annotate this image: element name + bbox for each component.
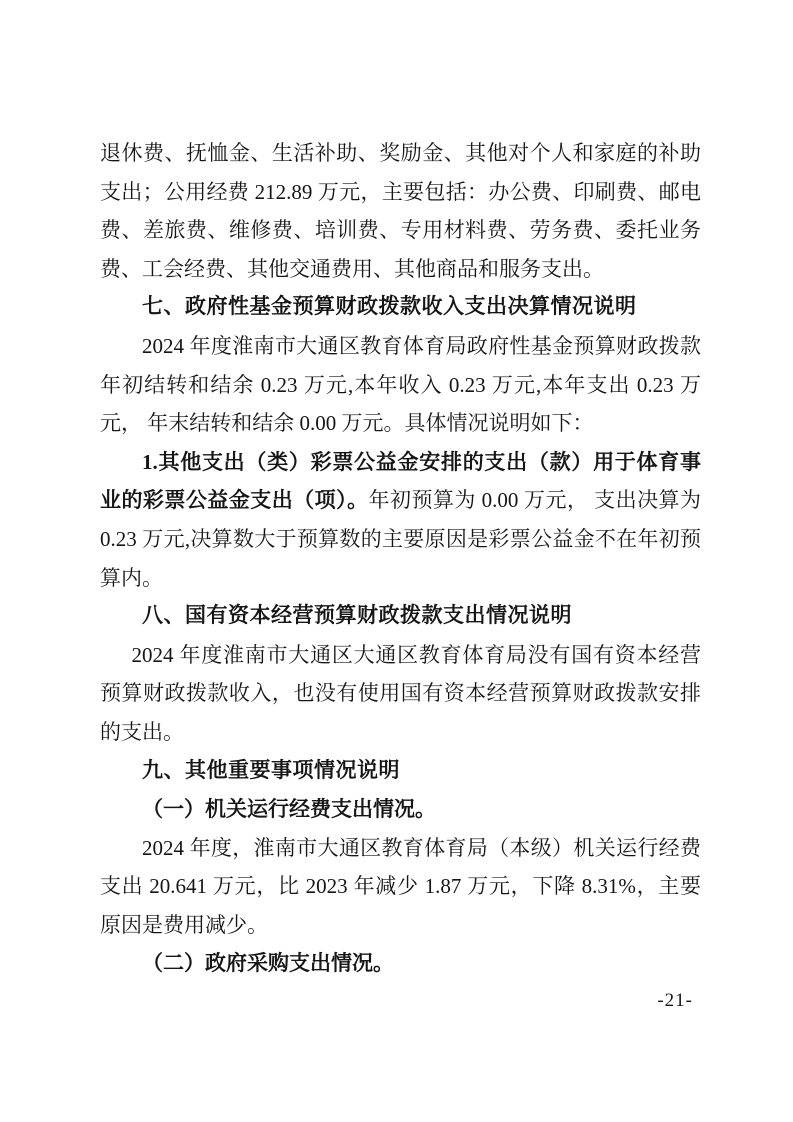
paragraph-lottery-public-welfare: 1.其他支出（类）彩票公益金安排的支出（款）用于体育事业的彩票公益金支出（项）。…: [100, 443, 701, 597]
subheading-9-2-government-procurement: （二）政府采购支出情况。: [100, 944, 701, 983]
page-number: -21-: [657, 990, 693, 1012]
subheading-9-1-agency-operating-expense: （一）机关运行经费支出情况。: [100, 790, 701, 829]
heading-section-8-state-capital-budget: 八、国有资本经营预算财政拨款支出情况说明: [100, 597, 701, 636]
document-page: 退休费、抚恤金、生活补助、奖励金、其他对个人和家庭的补助支出；公用经费 212.…: [0, 0, 793, 1122]
document-content: 退休费、抚恤金、生活补助、奖励金、其他对个人和家庭的补助支出；公用经费 212.…: [100, 134, 701, 983]
heading-section-7-gov-fund-budget: 七、政府性基金预算财政拨款收入支出决算情况说明: [100, 288, 701, 327]
paragraph-gov-fund-carryover: 2024 年度淮南市大通区教育体育局政府性基金预算财政拨款年初结转和结余 0.2…: [100, 327, 701, 443]
paragraph-welfare-expense: 退休费、抚恤金、生活补助、奖励金、其他对个人和家庭的补助支出；公用经费 212.…: [100, 134, 701, 288]
paragraph-operating-expense: 2024 年度，淮南市大通区教育体育局（本级）机关运行经费支出 20.641 万…: [100, 829, 701, 945]
heading-section-9-other-important-matters: 九、其他重要事项情况说明: [100, 752, 701, 791]
paragraph-state-capital: 2024 年度淮南市大通区大通区教育体育局没有国有资本经营预算财政拨款收入，也没…: [100, 636, 701, 752]
